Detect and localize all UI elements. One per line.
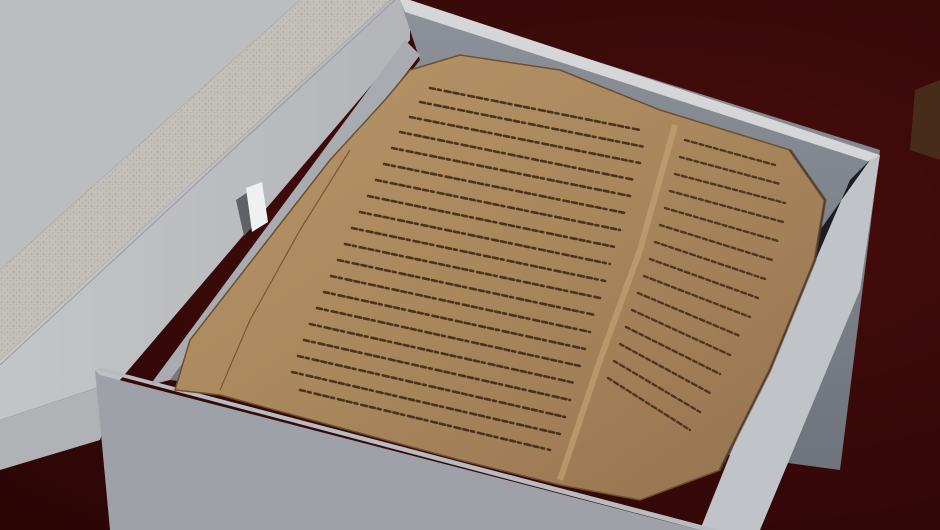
papyrus-box-illustration (0, 0, 940, 530)
photo-scene (0, 0, 940, 530)
background-object (910, 80, 940, 160)
